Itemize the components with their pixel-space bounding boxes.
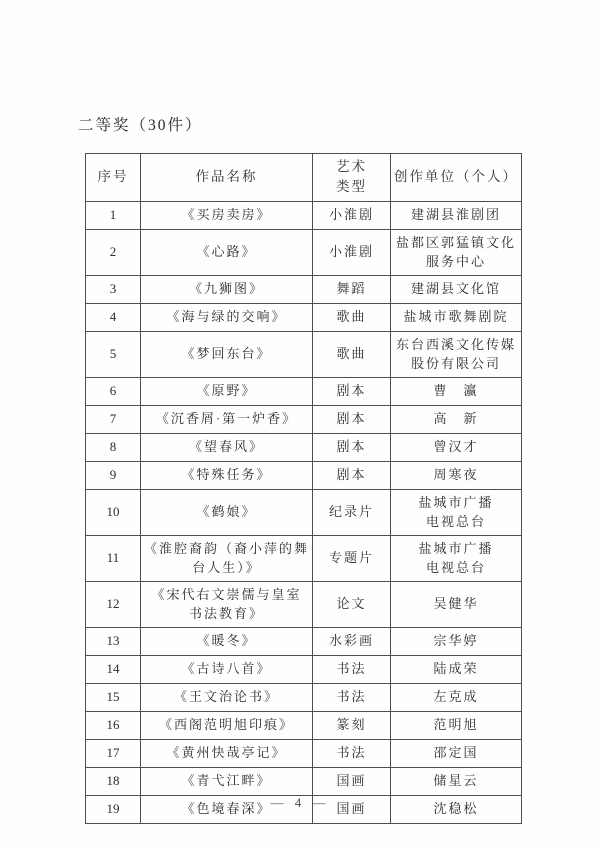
header-creation-unit: 创作单位（个人） [391, 154, 522, 202]
cell-serial-number: 5 [86, 331, 141, 377]
cell-work-title: 《特殊任务》 [141, 461, 313, 489]
cell-creation-unit: 盐城市广播 电视总台 [391, 535, 522, 581]
cell-work-title: 《九狮图》 [141, 275, 313, 303]
cell-art-type: 歌曲 [313, 303, 391, 331]
cell-serial-number: 7 [86, 405, 141, 433]
cell-art-type: 小淮剧 [313, 201, 391, 229]
cell-serial-number: 1 [86, 201, 141, 229]
cell-creation-unit: 周寒夜 [391, 461, 522, 489]
header-serial-number: 序号 [86, 154, 141, 202]
cell-art-type: 纪录片 [313, 489, 391, 535]
table-row: 5 《梦回东台》 歌曲 东台西溪文化传媒 股份有限公司 [86, 331, 522, 377]
cell-work-title: 《宋代右文崇儒与皇室 书法教育》 [141, 581, 313, 627]
cell-art-type: 剧本 [313, 405, 391, 433]
awards-table: 序号 作品名称 艺术 类型 创作单位（个人） 1 《买房卖房》 小淮剧 建湖县淮… [85, 153, 522, 824]
cell-creation-unit: 高 新 [391, 405, 522, 433]
cell-creation-unit: 东台西溪文化传媒 股份有限公司 [391, 331, 522, 377]
table-row: 4 《海与绿的交响》 歌曲 盐城市歌舞剧院 [86, 303, 522, 331]
cell-creation-unit: 吴健华 [391, 581, 522, 627]
table-row: 16 《西阁范明旭印痕》 篆刻 范明旭 [86, 711, 522, 739]
table-row: 3 《九狮图》 舞蹈 建湖县文化馆 [86, 275, 522, 303]
cell-art-type: 专题片 [313, 535, 391, 581]
cell-work-title: 《沉香屑·第一炉香》 [141, 405, 313, 433]
cell-art-type: 篆刻 [313, 711, 391, 739]
table-row: 13 《暖冬》 水彩画 宗华婷 [86, 627, 522, 655]
table-row: 10 《鹤娘》 纪录片 盐城市广播 电视总台 [86, 489, 522, 535]
table-row: 11 《淮腔裔韵（裔小萍的舞 台人生）》 专题片 盐城市广播 电视总台 [86, 535, 522, 581]
cell-work-title: 《王文治论书》 [141, 683, 313, 711]
cell-creation-unit: 宗华婷 [391, 627, 522, 655]
table-row: 17 《黄州快哉亭记》 书法 邵定国 [86, 739, 522, 767]
cell-art-type: 书法 [313, 739, 391, 767]
cell-creation-unit: 建湖县文化馆 [391, 275, 522, 303]
table-row: 9 《特殊任务》 剧本 周寒夜 [86, 461, 522, 489]
cell-art-type: 论文 [313, 581, 391, 627]
section-title: 二等奖（30件） [78, 113, 203, 135]
cell-creation-unit: 曹 瀛 [391, 377, 522, 405]
table-row: 14 《古诗八首》 书法 陆成荣 [86, 655, 522, 683]
table-row: 6 《原野》 剧本 曹 瀛 [86, 377, 522, 405]
cell-serial-number: 15 [86, 683, 141, 711]
cell-creation-unit: 储星云 [391, 767, 522, 795]
cell-serial-number: 17 [86, 739, 141, 767]
cell-serial-number: 13 [86, 627, 141, 655]
cell-serial-number: 12 [86, 581, 141, 627]
cell-art-type: 国画 [313, 767, 391, 795]
table-row: 2 《心路》 小淮剧 盐都区郭猛镇文化 服务中心 [86, 229, 522, 275]
cell-serial-number: 2 [86, 229, 141, 275]
cell-work-title: 《鹤娘》 [141, 489, 313, 535]
cell-work-title: 《西阁范明旭印痕》 [141, 711, 313, 739]
cell-serial-number: 8 [86, 433, 141, 461]
cell-serial-number: 14 [86, 655, 141, 683]
awards-table-body: 1 《买房卖房》 小淮剧 建湖县淮剧团 2 《心路》 小淮剧 盐都区郭猛镇文化 … [86, 201, 522, 823]
header-art-type: 艺术 类型 [313, 154, 391, 202]
cell-art-type: 小淮剧 [313, 229, 391, 275]
table-row: 8 《望春风》 剧本 曾汉才 [86, 433, 522, 461]
cell-creation-unit: 盐城市歌舞剧院 [391, 303, 522, 331]
cell-creation-unit: 陆成荣 [391, 655, 522, 683]
cell-work-title: 《青弋江畔》 [141, 767, 313, 795]
scanned-document-page: 二等奖（30件） 序号 作品名称 艺术 类型 创作单位（个人） 1 《买房卖房》… [0, 0, 600, 850]
cell-art-type: 水彩画 [313, 627, 391, 655]
table-header-row: 序号 作品名称 艺术 类型 创作单位（个人） [86, 154, 522, 202]
cell-art-type: 舞蹈 [313, 275, 391, 303]
cell-art-type: 剧本 [313, 461, 391, 489]
cell-art-type: 歌曲 [313, 331, 391, 377]
cell-serial-number: 16 [86, 711, 141, 739]
cell-serial-number: 4 [86, 303, 141, 331]
cell-work-title: 《淮腔裔韵（裔小萍的舞 台人生）》 [141, 535, 313, 581]
cell-work-title: 《心路》 [141, 229, 313, 275]
cell-creation-unit: 邵定国 [391, 739, 522, 767]
cell-creation-unit: 建湖县淮剧团 [391, 201, 522, 229]
page-number: — 4 — [0, 795, 600, 811]
cell-work-title: 《暖冬》 [141, 627, 313, 655]
table-row: 15 《王文治论书》 书法 左克成 [86, 683, 522, 711]
cell-art-type: 剧本 [313, 377, 391, 405]
cell-creation-unit: 左克成 [391, 683, 522, 711]
cell-creation-unit: 盐都区郭猛镇文化 服务中心 [391, 229, 522, 275]
header-work-title: 作品名称 [141, 154, 313, 202]
table-row: 18 《青弋江畔》 国画 储星云 [86, 767, 522, 795]
cell-serial-number: 6 [86, 377, 141, 405]
cell-serial-number: 11 [86, 535, 141, 581]
cell-creation-unit: 范明旭 [391, 711, 522, 739]
table-row: 12 《宋代右文崇儒与皇室 书法教育》 论文 吴健华 [86, 581, 522, 627]
cell-serial-number: 18 [86, 767, 141, 795]
cell-art-type: 剧本 [313, 433, 391, 461]
cell-serial-number: 9 [86, 461, 141, 489]
cell-creation-unit: 曾汉才 [391, 433, 522, 461]
table-row: 1 《买房卖房》 小淮剧 建湖县淮剧团 [86, 201, 522, 229]
cell-serial-number: 3 [86, 275, 141, 303]
cell-creation-unit: 盐城市广播 电视总台 [391, 489, 522, 535]
cell-work-title: 《黄州快哉亭记》 [141, 739, 313, 767]
cell-work-title: 《梦回东台》 [141, 331, 313, 377]
cell-work-title: 《海与绿的交响》 [141, 303, 313, 331]
cell-art-type: 书法 [313, 655, 391, 683]
table-row: 7 《沉香屑·第一炉香》 剧本 高 新 [86, 405, 522, 433]
cell-art-type: 书法 [313, 683, 391, 711]
cell-work-title: 《原野》 [141, 377, 313, 405]
cell-work-title: 《买房卖房》 [141, 201, 313, 229]
cell-work-title: 《望春风》 [141, 433, 313, 461]
cell-work-title: 《古诗八首》 [141, 655, 313, 683]
cell-serial-number: 10 [86, 489, 141, 535]
